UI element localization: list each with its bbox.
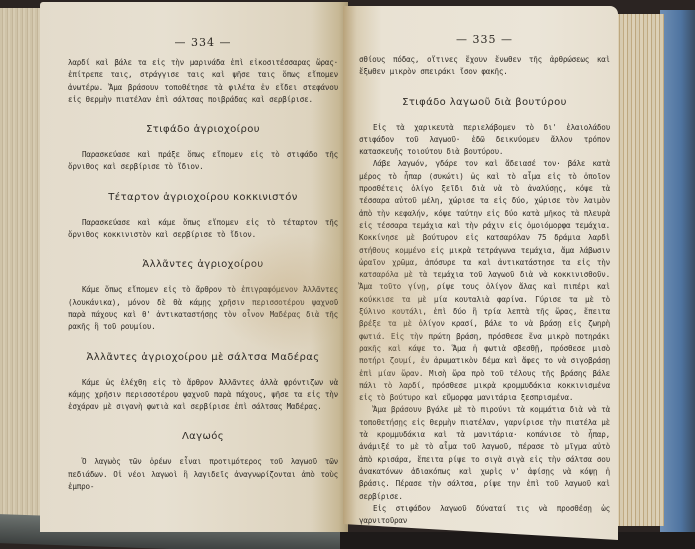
right-page: — 335 — σθίους πόδας, οἵτινες ἔχουν ἔνωθ… — [343, 6, 618, 540]
recipe-title: Λαγωός — [68, 431, 338, 442]
recipe-title: Ἀλλᾶντες ἀγριοχοίρου μὲ σάλτσα Μαδέρας — [68, 352, 338, 363]
recipe-title: Στιφάδο λαγωοῦ διὰ βουτύρου — [359, 97, 610, 108]
recipe-body: Κάμε ὡς ἐλέχθη εἰς τὸ ἄρθρον Ἀλλᾶντες ἀλ… — [68, 377, 338, 414]
recipe-body: Ὁ λαγωὸς τῶν ὀρέων εἶναι προτιμότερος το… — [68, 456, 338, 493]
left-page: — 334 — λαρδί καὶ βάλε τα εἰς τὴν μαρινά… — [40, 2, 348, 532]
continued-text: σθίους πόδας, οἵτινες ἔχουν ἔνωθεν τῆς ἀ… — [359, 54, 610, 79]
recipe-body: Παρασκεύασε καὶ πράξε ὅπως εἴπομεν εἰς τ… — [68, 149, 338, 174]
water-stain — [333, 166, 453, 466]
open-book: — 334 — λαρδί καὶ βάλε τα εἰς τὴν μαρινά… — [0, 0, 695, 549]
page-number: — 335 — — [359, 33, 610, 46]
recipe-body: Εἰς τὰ χαρικευτὰ περιελάβομεν τὸ δι' ἐλα… — [359, 122, 610, 159]
continued-text: λαρδί καὶ βάλε τα εἰς τὴν μαρινάδα ἐπὶ ε… — [68, 57, 338, 106]
water-stain — [210, 232, 360, 352]
recipe-title: Στιφάδο ἀγριοχοίρου — [68, 124, 338, 135]
recipe-title: Τέταρτον ἀγριοχοίρου κοκκινιστόν — [68, 192, 338, 203]
book-cover-right — [660, 10, 695, 535]
right-page-block-edge — [612, 14, 664, 526]
table-shadow — [340, 532, 695, 549]
recipe-body: Εἰς στιφάδον λαγωοῦ δύναταί τις νὰ προσθ… — [359, 503, 610, 528]
page-number: — 334 — — [68, 36, 338, 49]
